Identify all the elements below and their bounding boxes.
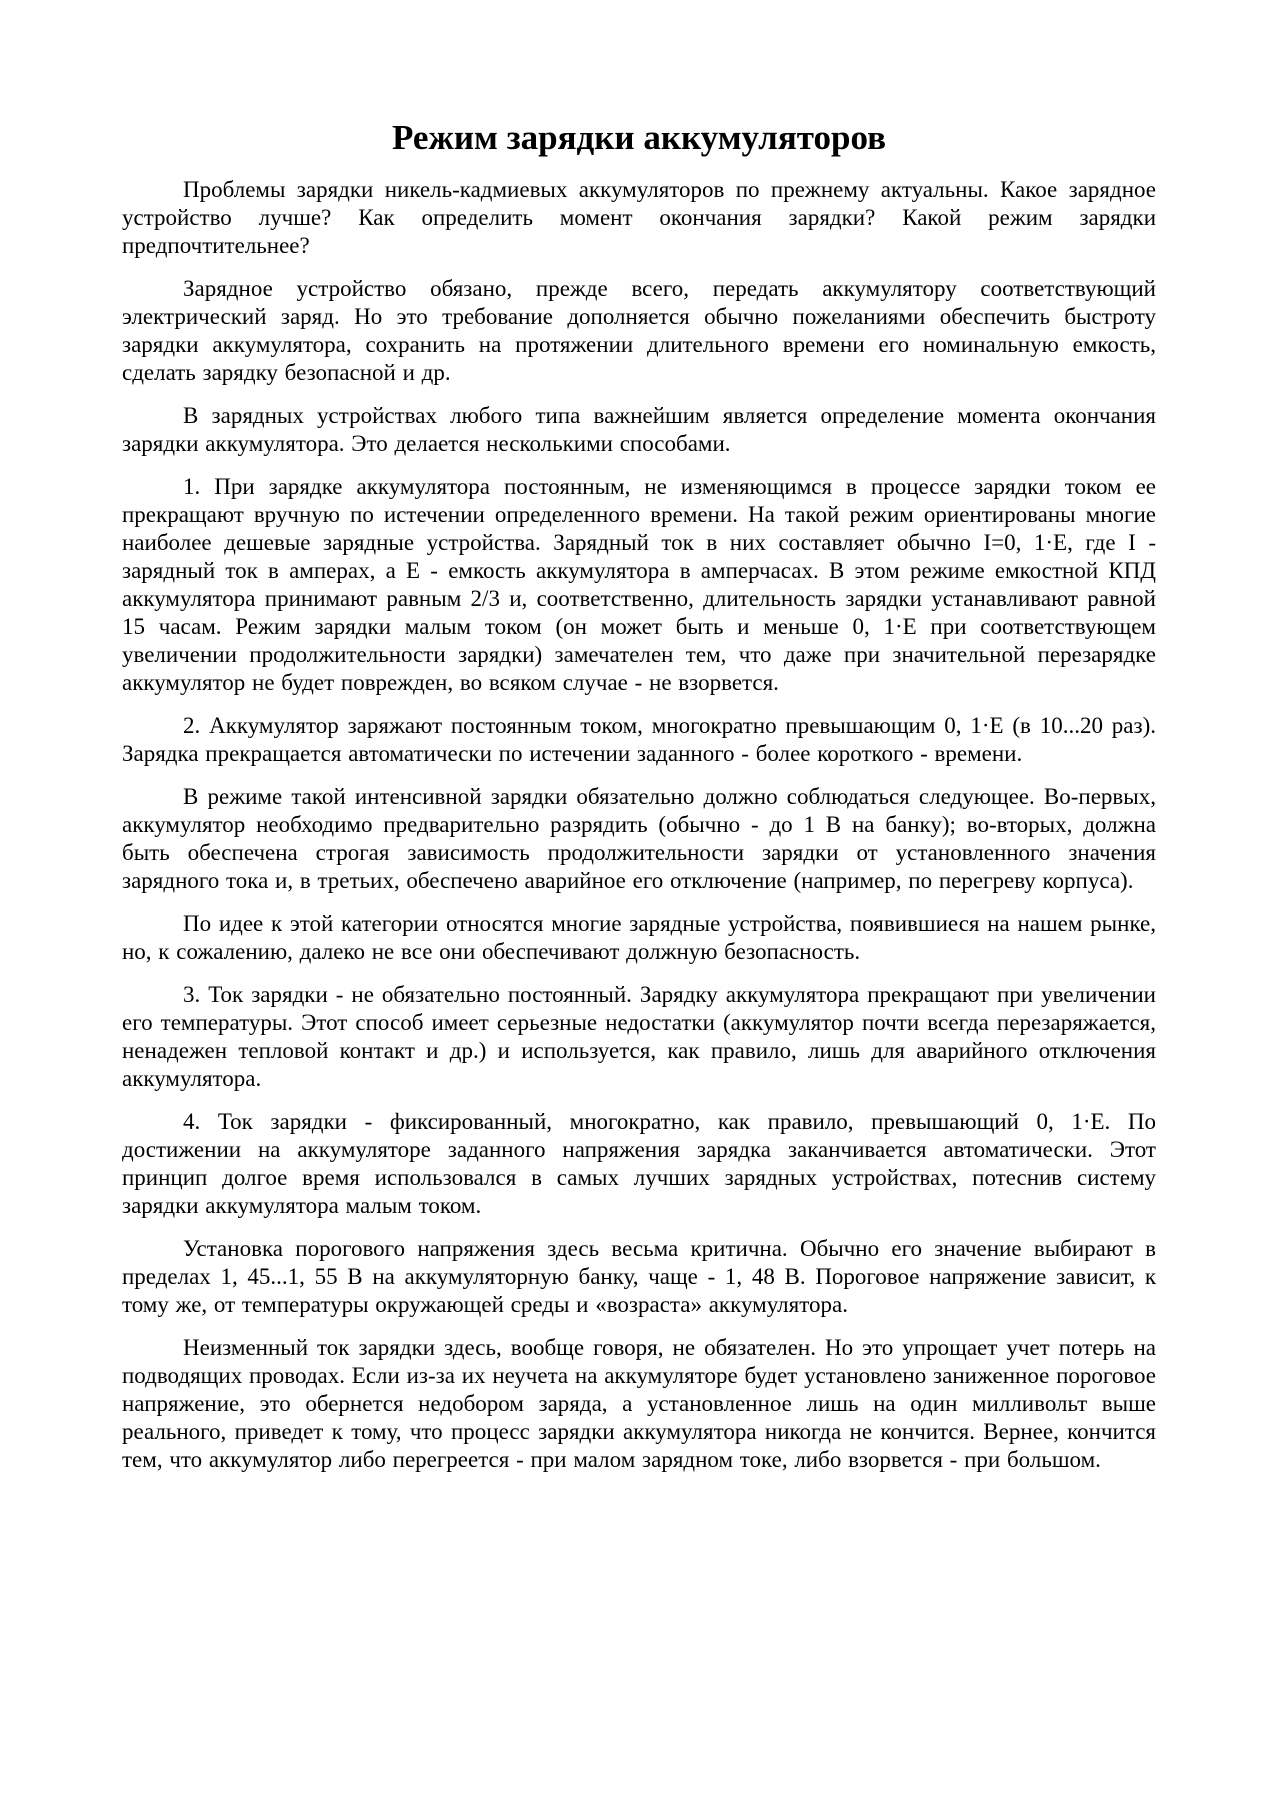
paragraph-charger-duty: Зарядное устройство обязано, прежде всег… [122, 275, 1156, 387]
paragraph-method-2: 2. Аккумулятор заряжают постоянным током… [122, 712, 1156, 768]
document-page: Режим зарядки аккумуляторов Проблемы зар… [0, 0, 1280, 1811]
paragraph-end-detection: В зарядных устройствах любого типа важне… [122, 402, 1156, 458]
paragraph-method-4: 4. Ток зарядки - фиксированный, многокра… [122, 1108, 1156, 1220]
paragraph-method-1: 1. При зарядке аккумулятора постоянным, … [122, 473, 1156, 697]
paragraph-threshold-voltage: Установка порогового напряжения здесь ве… [122, 1235, 1156, 1319]
paragraph-intensive-charging-rules: В режиме такой интенсивной зарядки обяза… [122, 783, 1156, 895]
paragraph-intro: Проблемы зарядки никель-кадмиевых аккуму… [122, 176, 1156, 260]
document-title: Режим зарядки аккумуляторов [122, 116, 1156, 160]
paragraph-method-3: 3. Ток зарядки - не обязательно постоянн… [122, 981, 1156, 1093]
paragraph-constant-current-note: Неизменный ток зарядки здесь, вообще гов… [122, 1334, 1156, 1474]
paragraph-market-devices: По идее к этой категории относятся многи… [122, 910, 1156, 966]
